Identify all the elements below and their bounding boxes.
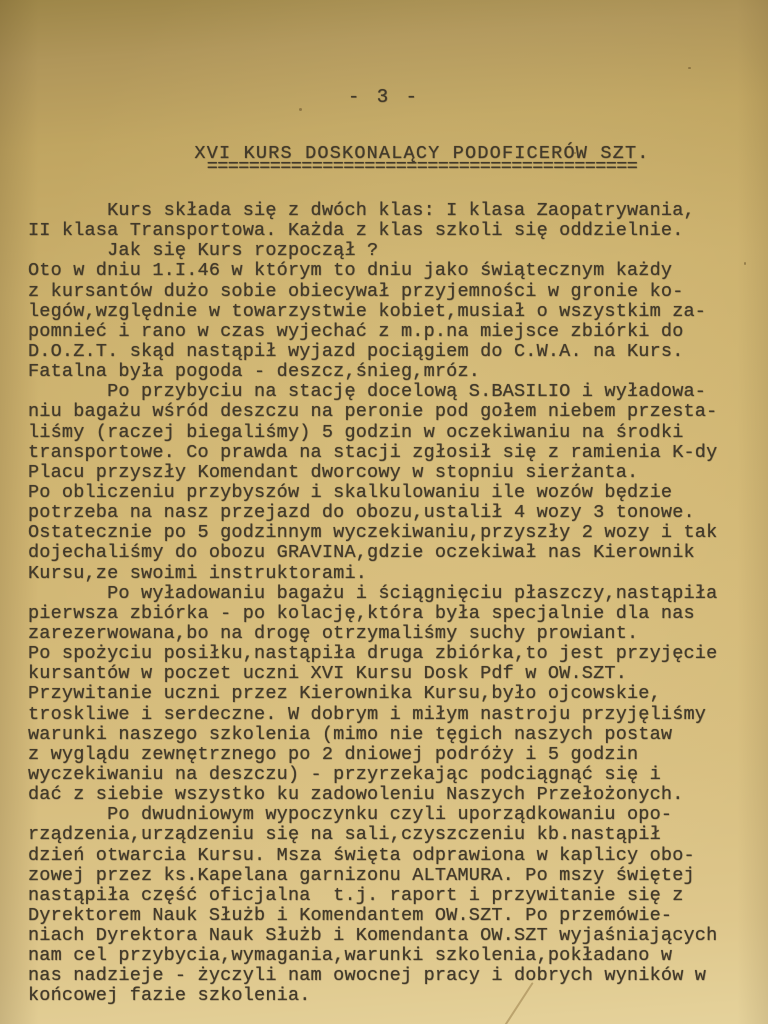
text-line: dać z siebie wszystko ku zadowoleniu Nas…	[28, 785, 752, 805]
document-body: Kurs składa się z dwóch klas: I klasa Za…	[28, 201, 752, 1007]
text-line: pomnieć i rano w czas wyjechać z m.p.na …	[28, 322, 752, 342]
text-line: warunki naszego szkolenia (mimo nie tęgi…	[28, 725, 752, 745]
text-line: z wyglądu zewnętrznego po 2 dniowej podr…	[28, 745, 752, 765]
document-page: { "page": { "number": "- 3 -", "title": …	[0, 0, 768, 1024]
text-line: liśmy (raczej biegaliśmy) 5 godzin w ocz…	[28, 423, 752, 443]
text-line: Fatalna była pogoda - deszcz,śnieg,mróz.	[28, 362, 752, 382]
paper-speck	[299, 108, 302, 111]
title-underline: ========================================…	[38, 162, 768, 172]
text-line: Dyrektorem Nauk Służb i Komendantem OW.S…	[28, 906, 752, 926]
text-line: rządzenia,urządzeniu się na sali,czyszcz…	[28, 825, 752, 845]
text-line: Po wyładowaniu bagażu i ściągnięciu płas…	[28, 584, 752, 604]
text-line: Po spożyciu posiłku,nastąpiła druga zbió…	[28, 644, 752, 664]
text-line: zarezerwowana,bo na drogę otrzymaliśmy s…	[28, 624, 752, 644]
text-line: potrzeba na nasz przejazd do obozu,ustal…	[28, 503, 752, 523]
text-line: Jak się Kurs rozpoczął ?	[28, 241, 752, 261]
title-block: XVI KURS DOSKONALĄCY PODOFICERÓW SZT. ==…	[38, 143, 768, 172]
text-line: troskliwe i serdeczne. W dobrym i miłym …	[28, 705, 752, 725]
text-line: Placu przyszły Komendant dworcowy w stop…	[28, 463, 752, 483]
text-line: nastąpiła część oficjalna t.j. raport i …	[28, 886, 752, 906]
text-line: Po przybyciu na stację docelową S.BASILI…	[28, 382, 752, 402]
text-line: niu bagażu wśród deszczu na peronie pod …	[28, 402, 752, 422]
text-line: Przywitanie uczni przez Kierownika Kursu…	[28, 684, 752, 704]
text-line: transportowe. Co prawda na stacji zgłosi…	[28, 443, 752, 463]
text-line: wyczekiwaniu na deszczu) - przyrzekając …	[28, 765, 752, 785]
text-line: Ostatecznie po 5 godzinnym wyczekiwaniu,…	[28, 523, 752, 543]
text-line: dojechaliśmy do obozu GRAVINA,gdzie ocze…	[28, 543, 752, 563]
text-line: dzień otwarcia Kursu. Msza święta odpraw…	[28, 846, 752, 866]
text-line: zowej przez ks.Kapelana garnizonu ALTAMU…	[28, 866, 752, 886]
text-line: kursantów w poczet uczni XVI Kursu Dosk …	[28, 664, 752, 684]
text-line: nam cel przybycia,wymagania,warunki szko…	[28, 946, 752, 966]
text-line: Kursu,ze swoimi instruktorami.	[28, 564, 752, 584]
text-line: niach Dyrektora Nauk Służb i Komendanta …	[28, 926, 752, 946]
text-line: Po obliczeniu przybyszów i skalkulowaniu…	[28, 483, 752, 503]
text-line: nas nadzieje - życzyli nam owocnej pracy…	[28, 966, 752, 986]
text-line: Kurs składa się z dwóch klas: I klasa Za…	[28, 201, 752, 221]
text-line: D.O.Z.T. skąd nastąpił wyjazd pociągiem …	[28, 342, 752, 362]
page-number: - 3 -	[0, 86, 768, 108]
text-line: II klasa Transportowa. Każda z klas szko…	[28, 221, 752, 241]
paper-speck	[688, 67, 691, 69]
text-line: z kursantów dużo sobie obiecywał przyjem…	[28, 282, 752, 302]
text-line: końcowej fazie szkolenia.	[28, 986, 752, 1006]
text-line: Po dwudniowym wypoczynku czyli uporządko…	[28, 805, 752, 825]
text-line: legów,względnie w towarzystwie kobiet,mu…	[28, 302, 752, 322]
text-line: pierwsza zbiórka - po kolację,która była…	[28, 604, 752, 624]
text-line: Oto w dniu 1.I.46 w którym to dniu jako …	[28, 261, 752, 281]
